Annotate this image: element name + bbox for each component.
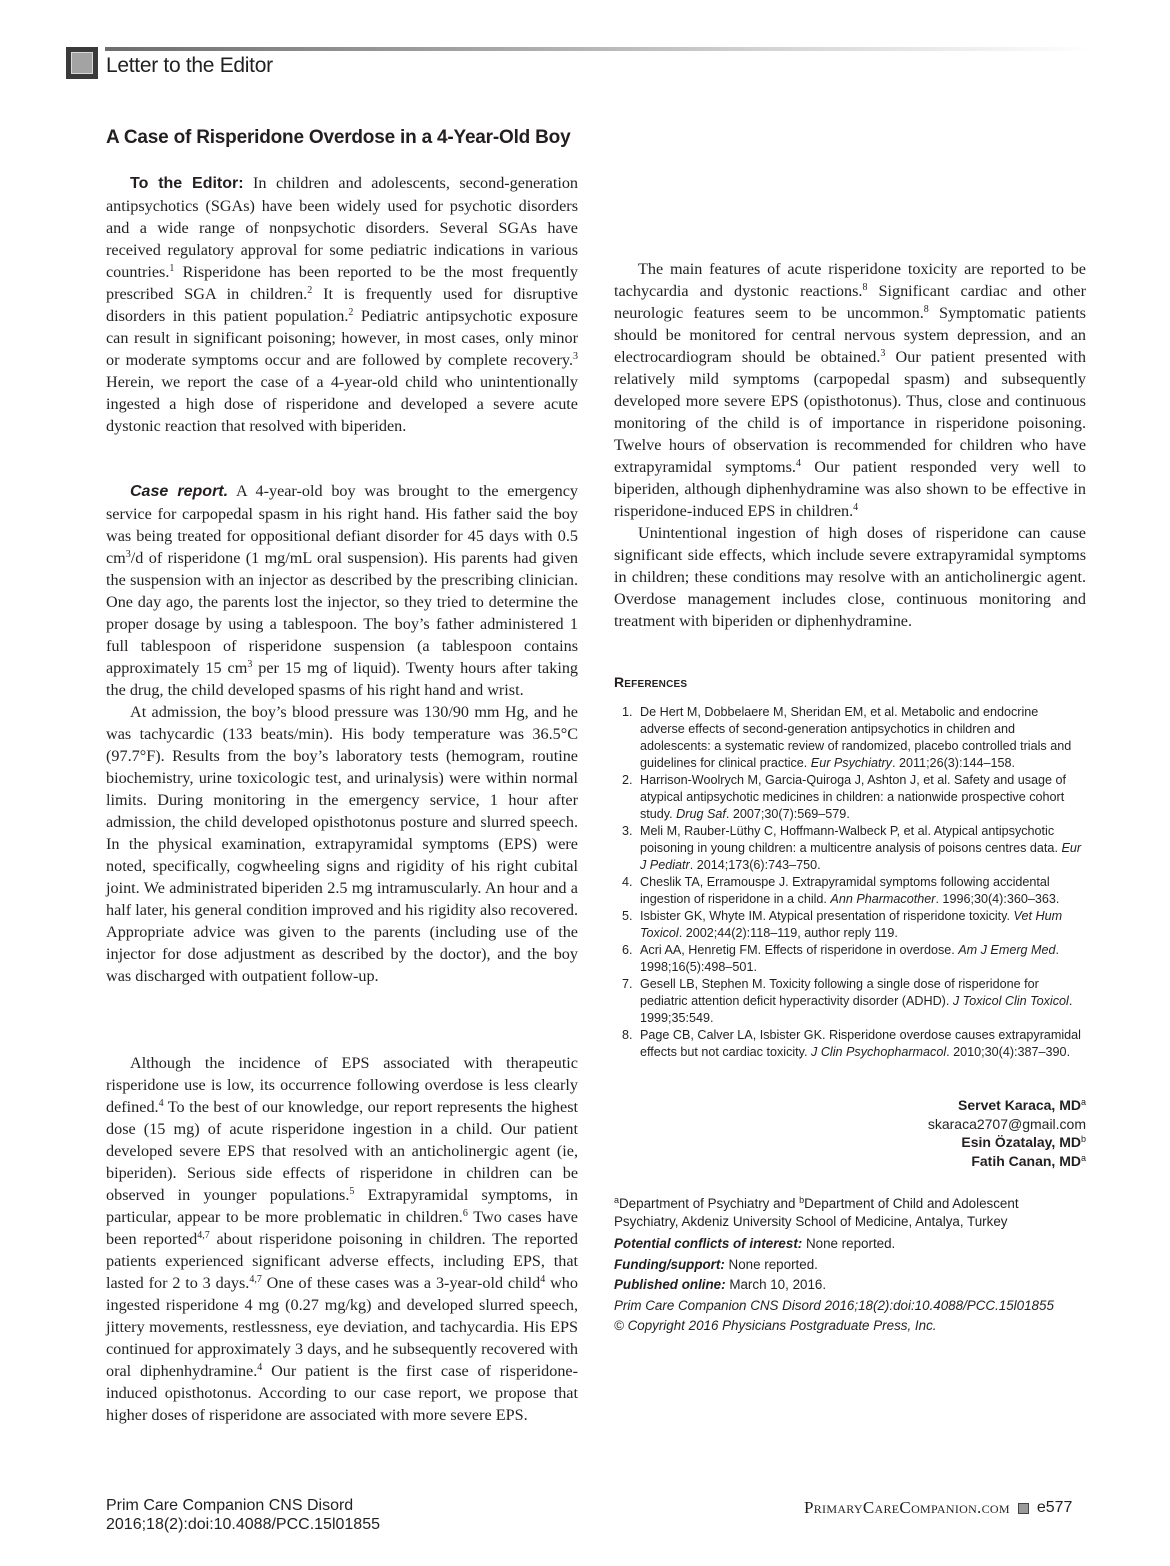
reference-item: 2.Harrison-Woolrych M, Garcia-Quiroga J,… [614,772,1086,823]
reference-item: 1.De Hert M, Dobbelaere M, Sheridan EM, … [614,704,1086,772]
citation-ref: 3 [573,351,578,362]
references-heading: References [614,674,1086,690]
reference-item: 6.Acri AA, Henretig FM. Effects of rispe… [614,942,1086,976]
run-in-heading: Case report. [130,483,228,500]
footer-right: PrimaryCareCompanion.com e577 [804,1498,1072,1518]
page-number: e577 [1037,1499,1073,1517]
author-name: Servet Karaca, MDa [614,1096,1086,1115]
reference-item: 5.Isbister GK, Whyte IM. Atypical presen… [614,908,1086,942]
case-report-section: Case report. A 4-year-old boy was brough… [106,480,578,987]
website-link[interactable]: PrimaryCareCompanion.com [804,1498,1010,1518]
affiliations: aDepartment of Psychiatry and bDepartmen… [614,1195,1086,1231]
author-name: Fatih Canan, MDa [614,1152,1086,1171]
article-title: A Case of Risperidone Overdose in a 4-Ye… [106,127,570,149]
admission-paragraph: At admission, the boy’s blood pressure w… [106,701,578,987]
header-rule [105,47,1095,51]
conclusion-paragraph: Unintentional ingestion of high doses of… [614,522,1086,632]
funding-note: Funding/support: None reported. [614,1255,1086,1276]
copyright-note: © Copyright 2016 Physicians Postgraduate… [614,1316,1086,1337]
section-label: Letter to the Editor [106,54,273,78]
conflicts-note: Potential conflicts of interest: None re… [614,1234,1086,1255]
reference-item: 8.Page CB, Calver LA, Isbister GK. Rispe… [614,1027,1086,1061]
toxicity-paragraph: The main features of acute risperidone t… [614,258,1086,632]
run-in-heading: To the Editor: [130,175,244,192]
intro-paragraph: To the Editor: In children and adolescen… [106,172,578,437]
section-square-icon [66,47,98,79]
author-block: Servet Karaca, MDa skaraca2707@gmail.com… [614,1096,1086,1170]
footer-journal-citation: Prim Care Companion CNS Disord 2016;18(2… [106,1496,380,1534]
references-section: References 1.De Hert M, Dobbelaere M, Sh… [614,674,1086,1061]
gray-square-icon [1018,1503,1029,1514]
reference-item: 4.Cheslik TA, Erramouspe J. Extrapyramid… [614,874,1086,908]
citation-note: Prim Care Companion CNS Disord 2016;18(2… [614,1296,1086,1317]
author-email-link[interactable]: skaraca2707@gmail.com [614,1115,1086,1134]
article-notes: aDepartment of Psychiatry and bDepartmen… [614,1195,1086,1337]
author-name: Esin Özatalay, MDb [614,1133,1086,1152]
published-note: Published online: March 10, 2016. [614,1275,1086,1296]
discussion-paragraph: Although the incidence of EPS associated… [106,1052,578,1426]
reference-list: 1.De Hert M, Dobbelaere M, Sheridan EM, … [614,704,1086,1061]
reference-item: 7.Gesell LB, Stephen M. Toxicity followi… [614,976,1086,1027]
reference-item: 3.Meli M, Rauber-Lüthy C, Hoffmann-Walbe… [614,823,1086,874]
